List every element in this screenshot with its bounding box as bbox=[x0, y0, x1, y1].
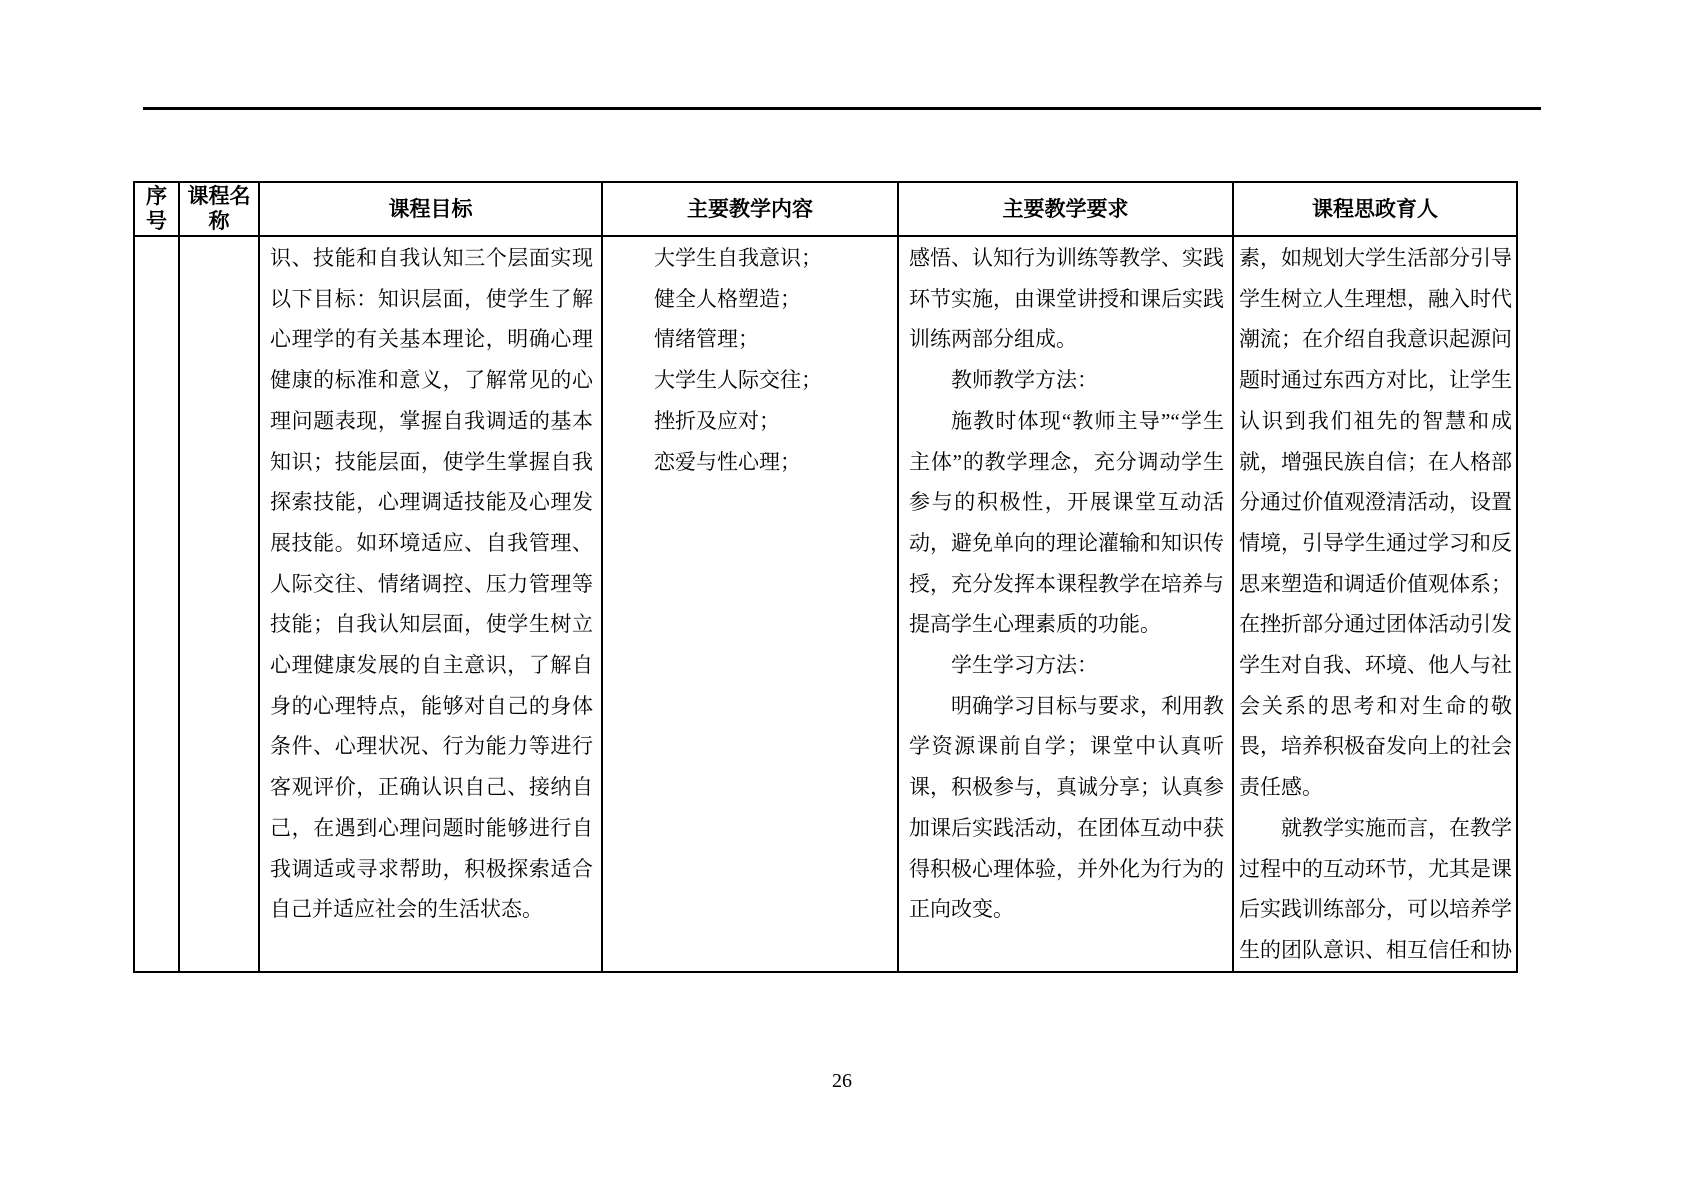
paragraph: 大学生自我意识； bbox=[612, 238, 889, 279]
paragraph: 恋爱与性心理； bbox=[612, 442, 889, 483]
paragraph: 大学生人际交往； bbox=[612, 360, 889, 401]
paragraph: 学生学习方法： bbox=[909, 645, 1224, 686]
page-number: 26 bbox=[0, 1070, 1684, 1093]
paragraph: 挫折及应对； bbox=[612, 401, 889, 442]
cell-ideology-education: 素，如规划大学生活部分引导学生树立人生理想，融入时代潮流；在介绍自我意识起源问题… bbox=[1233, 236, 1517, 972]
paragraph: 情绪管理； bbox=[612, 319, 889, 360]
header-teaching-content: 主要教学内容 bbox=[602, 182, 898, 236]
cell-teaching-content: 大学生自我意识；健全人格塑造；情绪管理；大学生人际交往；挫折及应对；恋爱与性心理… bbox=[602, 236, 898, 972]
cell-course-objectives: 识、技能和自我认知三个层面实现以下目标：知识层面，使学生了解心理学的有关基本理论… bbox=[259, 236, 602, 972]
paragraph: 素，如规划大学生活部分引导学生树立人生理想，融入时代潮流；在介绍自我意识起源问题… bbox=[1239, 238, 1512, 808]
paragraph: 教师教学方法： bbox=[909, 360, 1224, 401]
paragraph: 就教学实施而言，在教学过程中的互动环节，尤其是课后实践训练部分，可以培养学生的团… bbox=[1239, 808, 1512, 971]
cell-teaching-requirements: 感悟、认知行为训练等教学、实践环节实施，由课堂讲授和课后实践训练两部分组成。教师… bbox=[898, 236, 1233, 972]
header-row: 序号 课程名称 课程目标 主要教学内容 主要教学要求 课程思政育人 bbox=[134, 182, 1517, 236]
course-table: 序号 课程名称 课程目标 主要教学内容 主要教学要求 课程思政育人 识、技能和自… bbox=[133, 181, 1518, 973]
paragraph: 感悟、认知行为训练等教学、实践环节实施，由课堂讲授和课后实践训练两部分组成。 bbox=[909, 238, 1224, 360]
paragraph: 施教时体现“教师主导”“学生主体”的教学理念，充分调动学生参与的积极性，开展课堂… bbox=[909, 401, 1224, 645]
header-course-objectives: 课程目标 bbox=[259, 182, 602, 236]
header-course-name: 课程名称 bbox=[179, 182, 259, 236]
header-seq-number: 序号 bbox=[134, 182, 179, 236]
header-ideology-education: 课程思政育人 bbox=[1233, 182, 1517, 236]
cell-seq-number bbox=[134, 236, 179, 972]
paragraph: 健全人格塑造； bbox=[612, 279, 889, 320]
header-teaching-requirements: 主要教学要求 bbox=[898, 182, 1233, 236]
paragraph: 明确学习目标与要求，利用教学资源课前自学；课堂中认真听课，积极参与，真诚分享；认… bbox=[909, 686, 1224, 930]
top-rule bbox=[143, 107, 1541, 110]
paragraph: 识、技能和自我认知三个层面实现以下目标：知识层面，使学生了解心理学的有关基本理论… bbox=[270, 238, 593, 930]
table-row: 识、技能和自我认知三个层面实现以下目标：知识层面，使学生了解心理学的有关基本理论… bbox=[134, 236, 1517, 972]
cell-course-name bbox=[179, 236, 259, 972]
